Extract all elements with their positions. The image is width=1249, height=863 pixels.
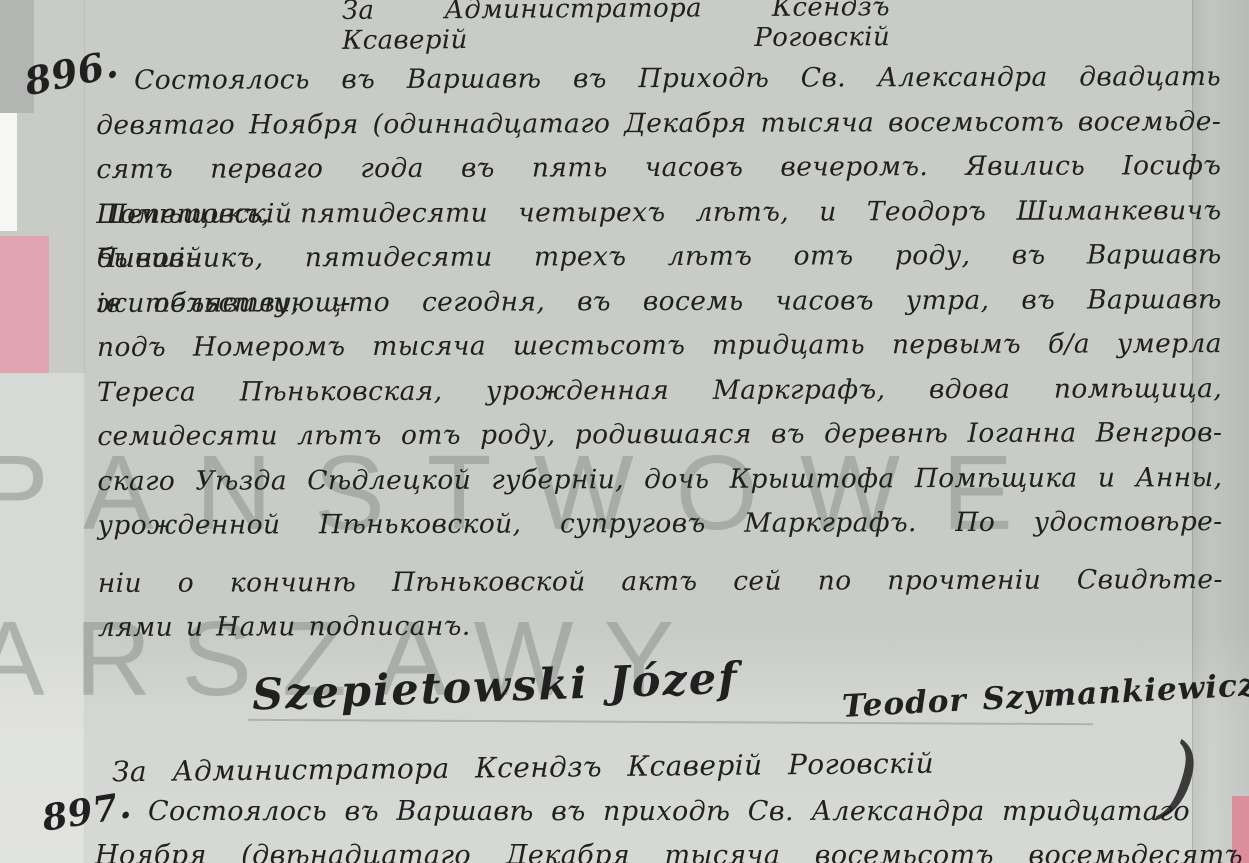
record-896-line: сятъ перваго года въ пять часовъ вечером… (96, 144, 1221, 192)
record-896-line: подъ Номеромъ тысяча шестьсотъ тридцать … (97, 322, 1222, 370)
color-strip-white (0, 113, 17, 231)
record-896-line: ніи о кончинѣ Пѣньковской актъ сей по пр… (98, 558, 1223, 606)
record-896-line: Состоялось въ Варшавѣ въ Приходѣ Св. Але… (96, 55, 1221, 103)
record-896-line: іе объявили, что сегодня, въ восемь часо… (97, 278, 1222, 326)
record-897-line: Ноября (двѣнадцатаго Декабря тысяча восе… (95, 840, 1243, 863)
document-scan: PANSTWOWE ARSZAWY За Администратора Ксен… (0, 0, 1249, 863)
color-strip-pink (0, 236, 49, 373)
record-896-line: урожденной Пѣньковской, супруговъ Маркгр… (98, 500, 1223, 548)
record-896-line: Чиновникъ, пятидесяти трехъ лѣтъ отъ род… (97, 233, 1222, 281)
record-896-line: семидесяти лѣтъ отъ роду, родившаяся въ … (97, 411, 1222, 459)
record-896-line: Помѣщикъ, пятидесяти четырехъ лѣтъ, и Те… (96, 189, 1221, 237)
record-896-line: Тереса Пѣньковская, урожденная Маркграфъ… (97, 367, 1222, 415)
record-897-line: Состоялось въ Варшавѣ въ приходѣ Св. Але… (148, 796, 1190, 827)
record-896-line: лями и Нами подписанъ. (98, 602, 1223, 650)
record-896-line: скаго Уѣзда Сѣдлецкой губерніи, дочь Кры… (97, 456, 1222, 504)
page-fold-line (84, 0, 85, 863)
top-officiant-line: За Администратора Ксендзъ Ксаверій Рогов… (342, 0, 890, 56)
record-896-line: девятаго Ноября (одиннадцатаго Декабря т… (96, 100, 1221, 148)
record-896-text: Состоялось въ Варшавѣ въ Приходѣ Св. Але… (96, 55, 1223, 650)
